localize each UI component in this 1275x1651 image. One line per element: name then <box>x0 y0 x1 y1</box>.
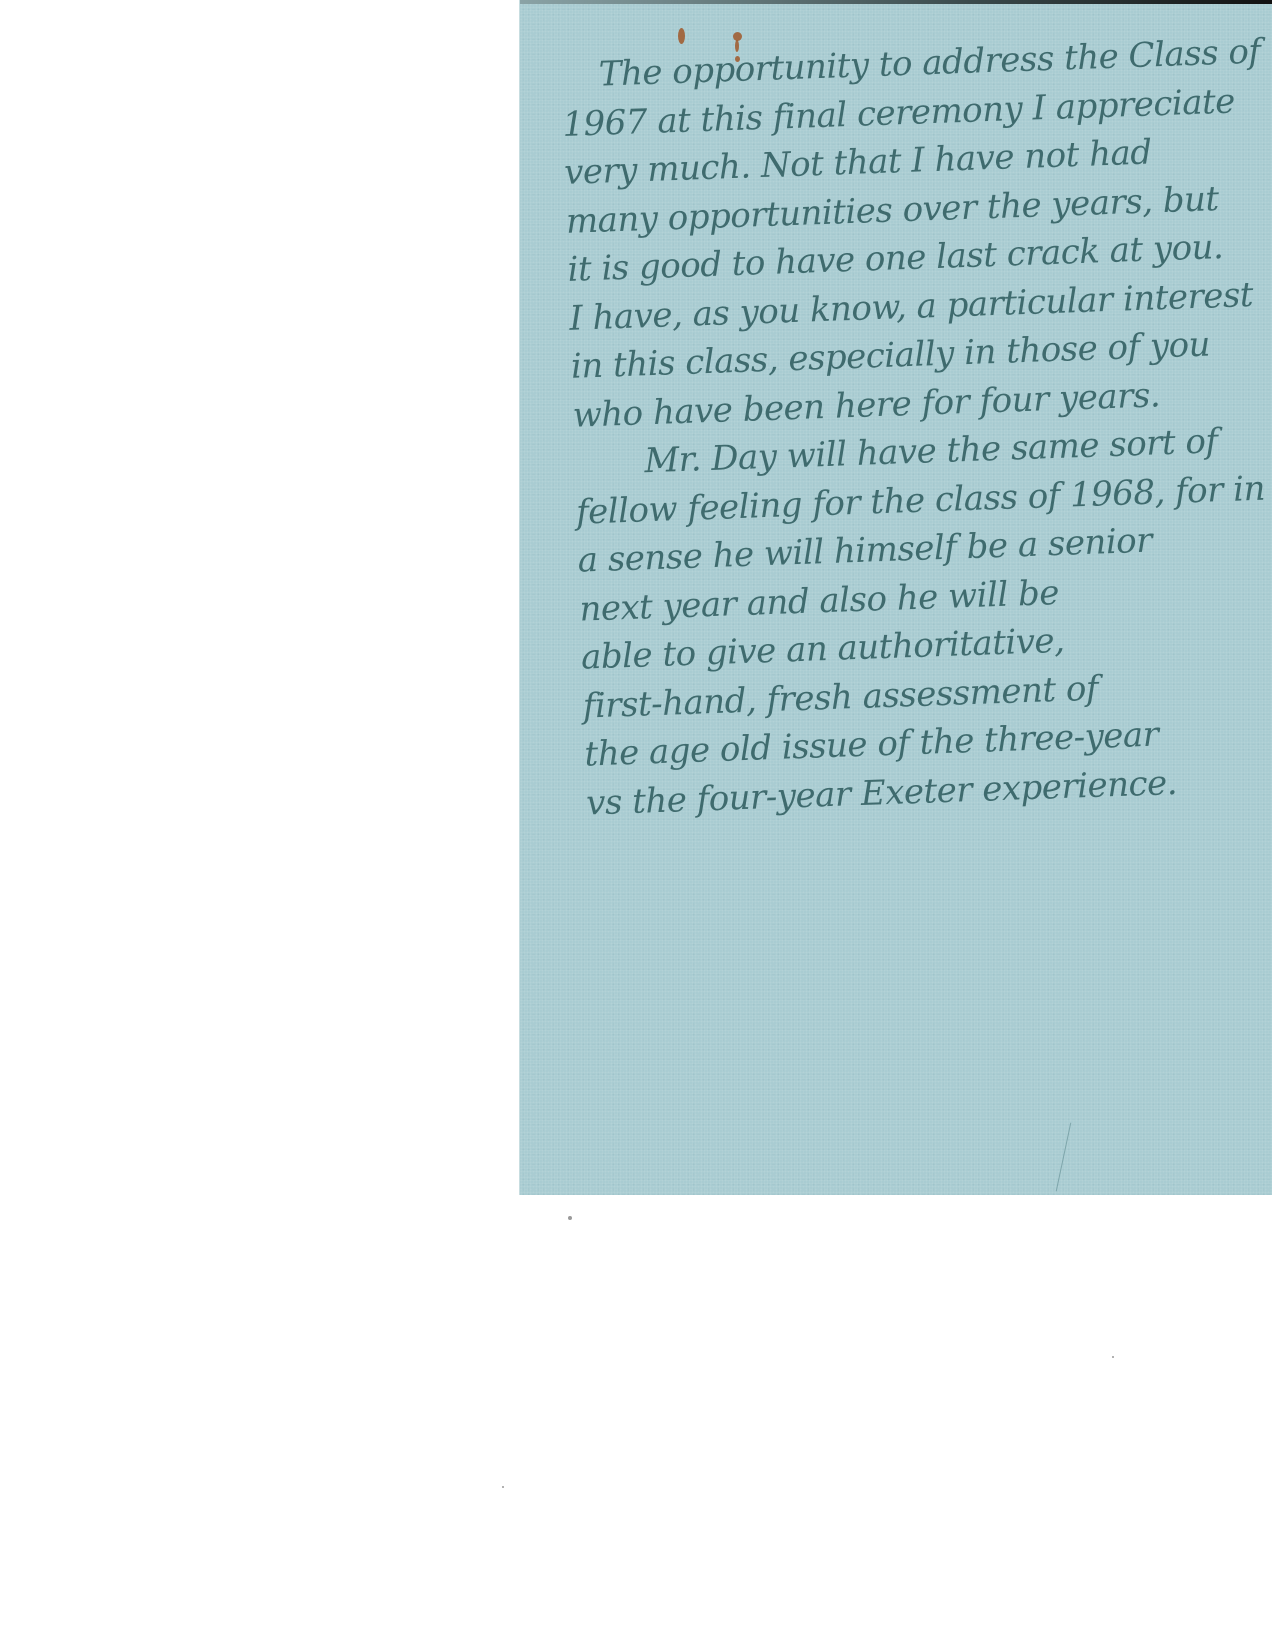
paper-top-edge <box>520 0 1272 4</box>
rust-stain <box>678 28 685 44</box>
scan-speck <box>1112 1356 1114 1358</box>
scan-speck <box>502 1486 504 1488</box>
handwritten-text: The opportunity to address the Class of … <box>560 28 1275 828</box>
scan-speck <box>568 1216 572 1220</box>
note-paper: The opportunity to address the Class of … <box>520 0 1272 1195</box>
